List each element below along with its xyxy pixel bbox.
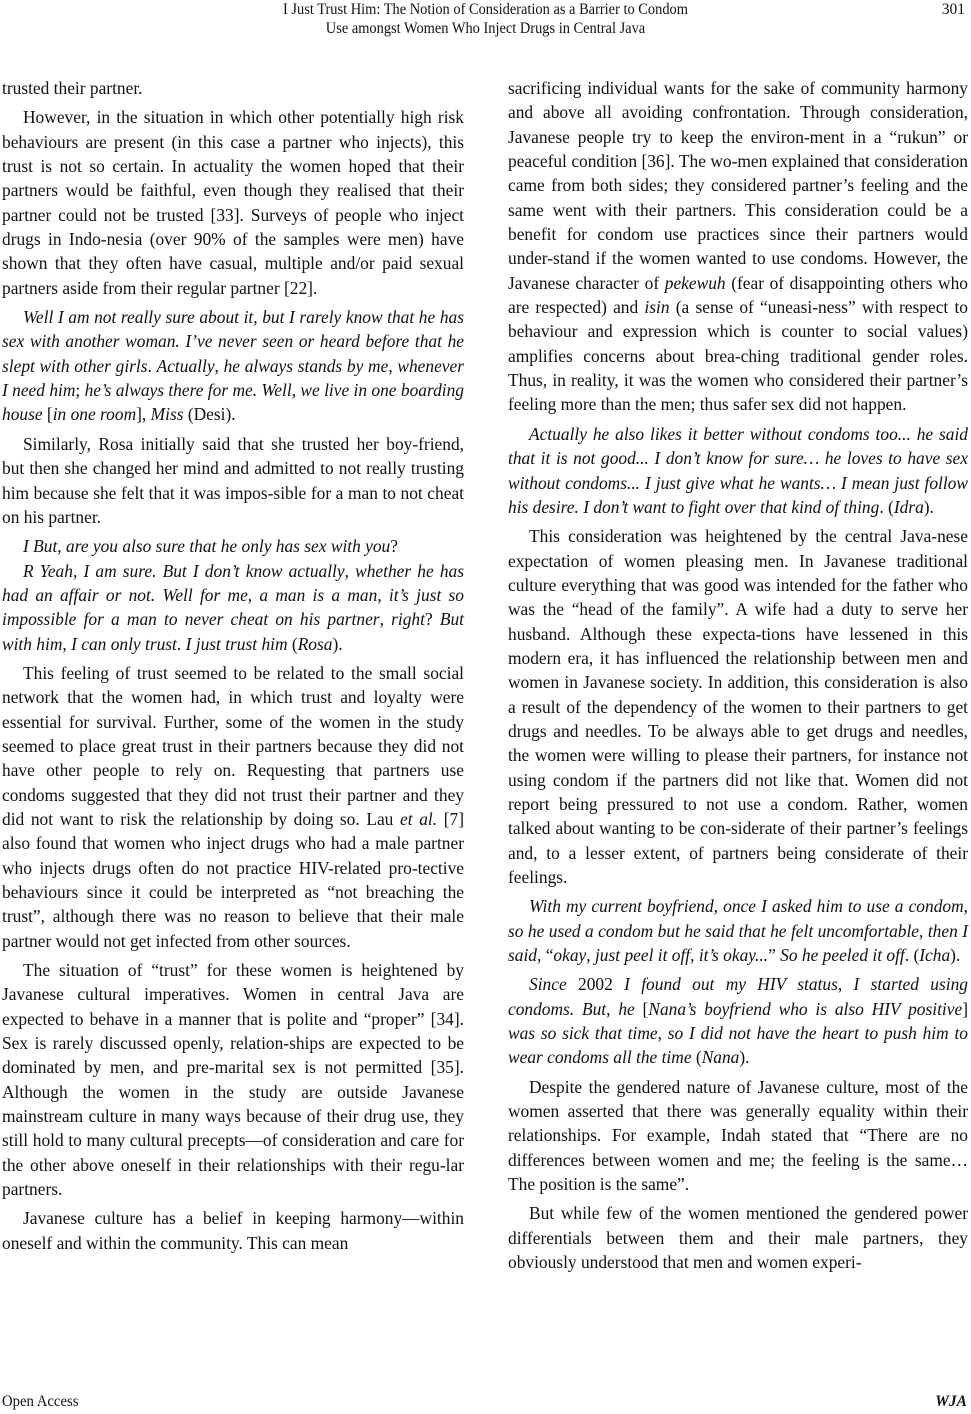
paragraph-rosa: Similarly, Rosa initially said that she … xyxy=(2,432,464,529)
page-number: 301 xyxy=(942,1,965,19)
quote-desi: Well I am not really sure about it, but … xyxy=(2,305,464,427)
right-column: sacrificing individual wants for the sak… xyxy=(508,76,968,1275)
paragraph-pleasing-men: This consideration was heightened by the… xyxy=(508,524,968,889)
paragraph-power-differentials: But while few of the women mentioned the… xyxy=(508,1201,968,1274)
quote-nana: Since 2002 I found out my HIV status, I … xyxy=(508,972,968,1069)
paragraph-javanese-imperatives: The situation of “trust” for these women… xyxy=(2,958,464,1201)
paragraph-trust-uncertain: However, in the situation in which other… xyxy=(2,105,464,300)
paragraph-harmony-continued: sacrificing individual wants for the sak… xyxy=(508,76,968,417)
left-column: trusted their partner. However, in the s… xyxy=(2,76,464,1255)
quote-interviewer: I But, are you also sure that he only ha… xyxy=(2,534,464,558)
footer-open-access: Open Access xyxy=(2,1393,78,1411)
running-title-line-1: I Just Trust Him: The Notion of Consider… xyxy=(34,1,937,19)
quote-rosa: R Yeah, I am sure. But I don’t know actu… xyxy=(2,559,464,656)
paragraph-harmony: Javanese culture has a belief in keeping… xyxy=(2,1206,464,1255)
paragraph-equality: Despite the gendered nature of Javanese … xyxy=(508,1075,968,1197)
footer-journal-abbrev: WJA xyxy=(935,1393,967,1411)
running-title-line-2: Use amongst Women Who Inject Drugs in Ce… xyxy=(34,20,937,38)
paragraph-small-network: This feeling of trust seemed to be relat… xyxy=(2,661,464,953)
quote-icha: With my current boyfriend, once I asked … xyxy=(508,894,968,967)
paragraph-continuation: trusted their partner. xyxy=(2,76,464,100)
running-header: I Just Trust Him: The Notion of Consider… xyxy=(0,0,971,40)
quote-idra: Actually he also likes it better without… xyxy=(508,422,968,519)
page-footer: Open Access WJA xyxy=(0,1392,971,1414)
